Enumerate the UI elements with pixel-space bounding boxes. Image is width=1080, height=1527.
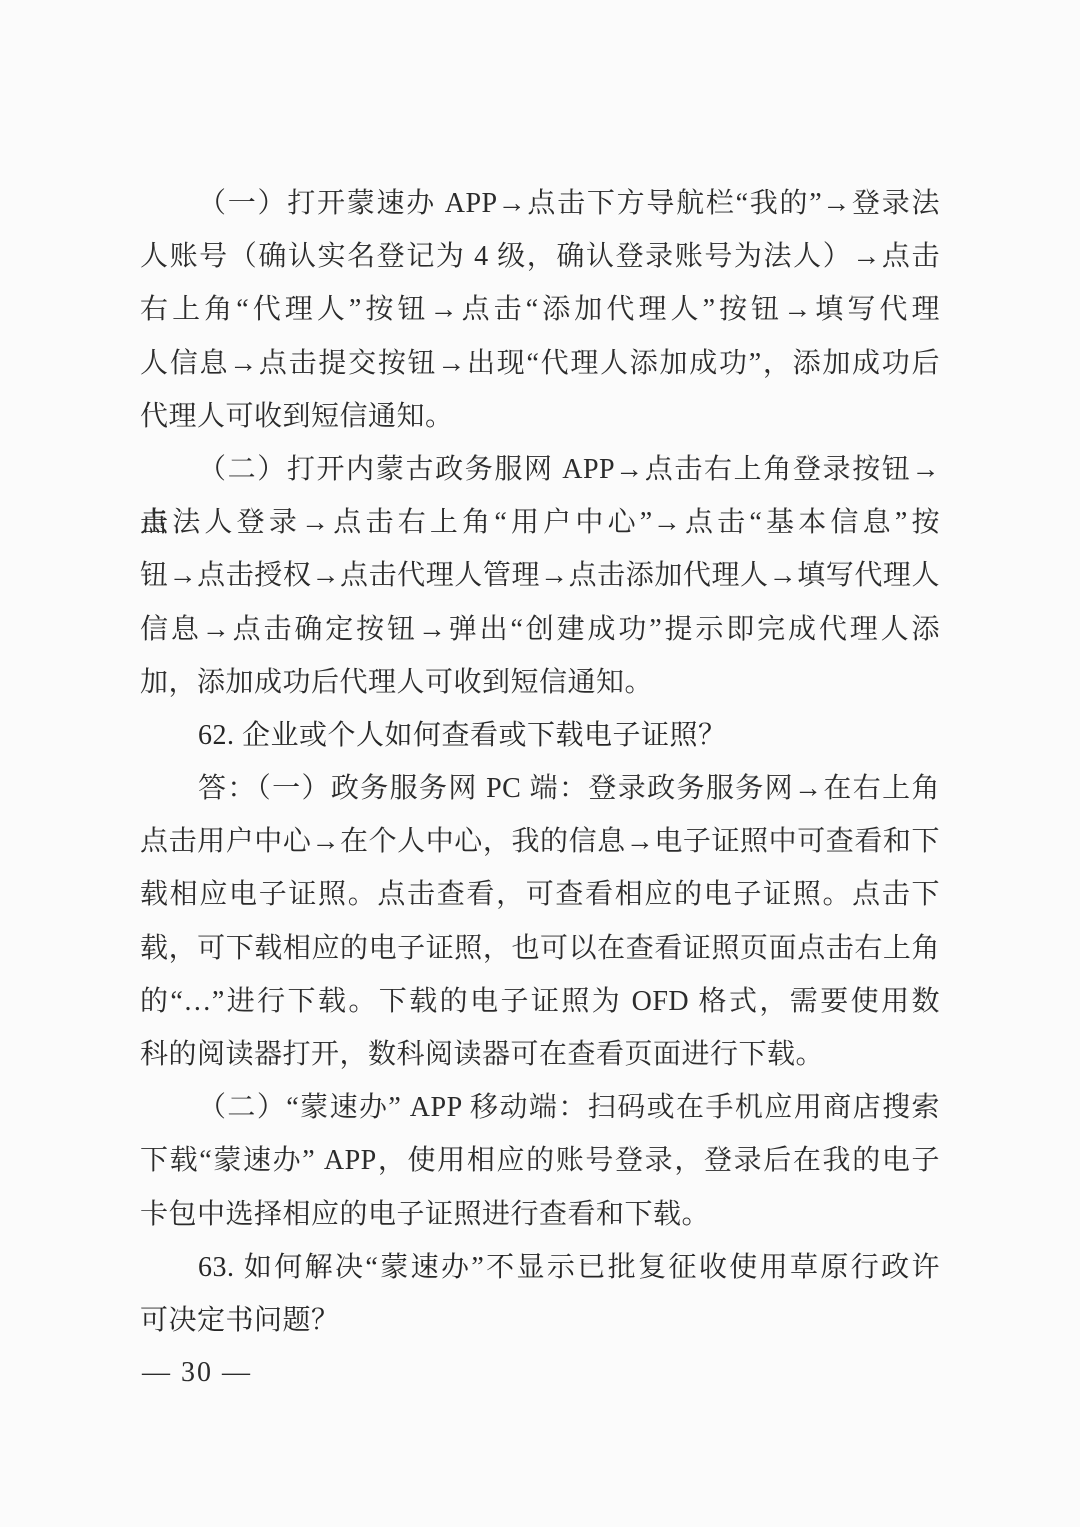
text-line: 科的阅读器打开，数科阅读器可在查看页面进行下载。 bbox=[140, 1028, 940, 1081]
text-line: 代理人可收到短信通知。 bbox=[140, 390, 940, 443]
question-heading: 62. 企业或个人如何查看或下载电子证照？ bbox=[140, 709, 940, 762]
page-footer: — 30 — bbox=[142, 1350, 252, 1396]
text-line: 击法人登录→点击右上角“用户中心”→点击“基本信息”按 bbox=[140, 496, 940, 549]
document-body: （一）打开蒙速办 APP→点击下方导航栏“我的”→登录法 人账号（确认实名登记为… bbox=[140, 177, 940, 1347]
text-line: 右上角“代理人”按钮→点击“添加代理人”按钮→填写代理 bbox=[140, 283, 940, 336]
text-line: 钮→点击授权→点击代理人管理→点击添加代理人→填写代理人 bbox=[140, 549, 940, 602]
text-line: 人账号（确认实名登记为 4 级，确认登录账号为法人）→点击 bbox=[140, 230, 940, 283]
page-number: — 30 — bbox=[142, 1357, 252, 1388]
question-heading: 可决定书问题？ bbox=[140, 1294, 940, 1347]
text-line: （二）打开内蒙古政务服网 APP→点击右上角登录按钮→点 bbox=[140, 443, 940, 496]
text-line: 人信息→点击提交按钮→出现“代理人添加成功”，添加成功后 bbox=[140, 337, 940, 390]
text-line: （二）“蒙速办” APP 移动端：扫码或在手机应用商店搜索 bbox=[140, 1081, 940, 1134]
question-heading: 63. 如何解决“蒙速办”不显示已批复征收使用草原行政许 bbox=[140, 1241, 940, 1294]
text-line: 点击用户中心→在个人中心，我的信息→电子证照中可查看和下 bbox=[140, 815, 940, 868]
text-line: 载相应电子证照。点击查看，可查看相应的电子证照。点击下 bbox=[140, 868, 940, 921]
paragraph-answer-61-method-1: （一）打开蒙速办 APP→点击下方导航栏“我的”→登录法 人账号（确认实名登记为… bbox=[140, 177, 940, 443]
paragraph-question-63: 63. 如何解决“蒙速办”不显示已批复征收使用草原行政许 可决定书问题？ bbox=[140, 1241, 940, 1347]
text-line: 信息→点击确定按钮→弹出“创建成功”提示即完成代理人添 bbox=[140, 603, 940, 656]
text-line: （一）打开蒙速办 APP→点击下方导航栏“我的”→登录法 bbox=[140, 177, 940, 230]
paragraph-answer-62-part-2: （二）“蒙速办” APP 移动端：扫码或在手机应用商店搜索 下载“蒙速办” AP… bbox=[140, 1081, 940, 1241]
document-page: （一）打开蒙速办 APP→点击下方导航栏“我的”→登录法 人账号（确认实名登记为… bbox=[0, 0, 1080, 1527]
text-line: 卡包中选择相应的电子证照进行查看和下载。 bbox=[140, 1188, 940, 1241]
paragraph-answer-61-method-2: （二）打开内蒙古政务服网 APP→点击右上角登录按钮→点 击法人登录→点击右上角… bbox=[140, 443, 940, 709]
text-line: 加，添加成功后代理人可收到短信通知。 bbox=[140, 656, 940, 709]
text-line: 载，可下载相应的电子证照，也可以在查看证照页面点击右上角 bbox=[140, 922, 940, 975]
text-line: 的“…”进行下载。下载的电子证照为 OFD 格式，需要使用数 bbox=[140, 975, 940, 1028]
text-line: 答：（一）政务服务网 PC 端：登录政务服务网→在右上角 bbox=[140, 762, 940, 815]
paragraph-answer-62-part-1: 答：（一）政务服务网 PC 端：登录政务服务网→在右上角 点击用户中心→在个人中… bbox=[140, 762, 940, 1081]
text-line: 下载“蒙速办” APP，使用相应的账号登录，登录后在我的电子 bbox=[140, 1134, 940, 1187]
paragraph-question-62: 62. 企业或个人如何查看或下载电子证照？ bbox=[140, 709, 940, 762]
